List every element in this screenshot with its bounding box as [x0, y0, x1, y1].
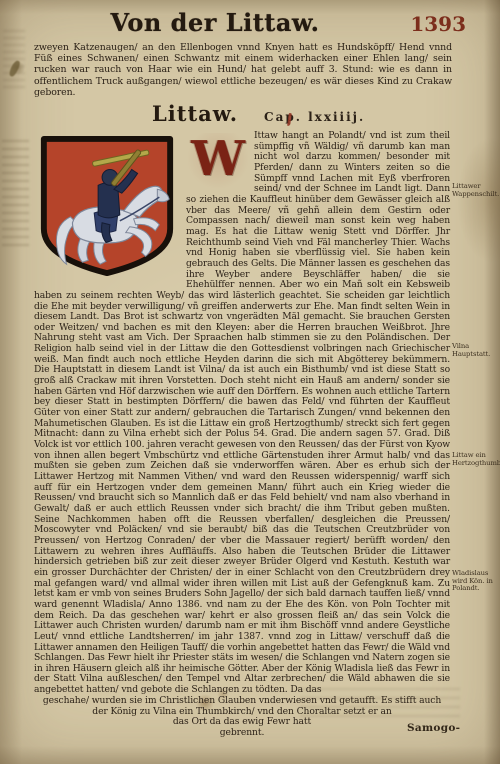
taper-line: geschahe/ wurden sie im Christlichen Gla… [34, 696, 450, 707]
margin-note-wappen: Littawer Wappenschilt. [452, 183, 498, 198]
bleedthrough-ghost [2, 140, 29, 248]
margin-note-hertzogthumb: Littaw ein Hertzogthumb. [452, 452, 498, 467]
margin-note-wladislaus: Wladislaus wird Kön. in Polandt. [452, 570, 498, 593]
ink-blot [8, 59, 21, 77]
taper-line: gebrennt. [34, 728, 450, 739]
page-number: 1393 [410, 12, 466, 36]
running-head: Von der Littaw. 1393 [0, 0, 500, 40]
chapter-title: Littaw. [152, 101, 238, 126]
closing-taper: geschahe/ wurden sie im Christlichen Gla… [34, 696, 450, 739]
chapter-number: Cap. lxxiiij. [264, 110, 365, 124]
catchword: Samogo- [407, 722, 460, 734]
margin-note-vilna: Vilna Hauptstatt. [452, 343, 498, 358]
lithuania-coat-of-arms [36, 132, 178, 280]
main-text-area: WIttaw hangt an Polandt/ vnd ist zum the… [34, 131, 450, 739]
drop-cap-initial: W [186, 133, 250, 189]
vytis-knight-icon [36, 132, 178, 280]
intro-paragraph: zweyen Katzenaugen/ an den Ellenbogen vn… [34, 42, 452, 98]
running-header-title: Von der Littaw. [0, 8, 430, 37]
chapter-heading: Littaw.Cap. lxxiiij. [152, 101, 500, 128]
book-page: Von der Littaw. 1393 zweyen Katzenaugen/… [0, 0, 500, 764]
